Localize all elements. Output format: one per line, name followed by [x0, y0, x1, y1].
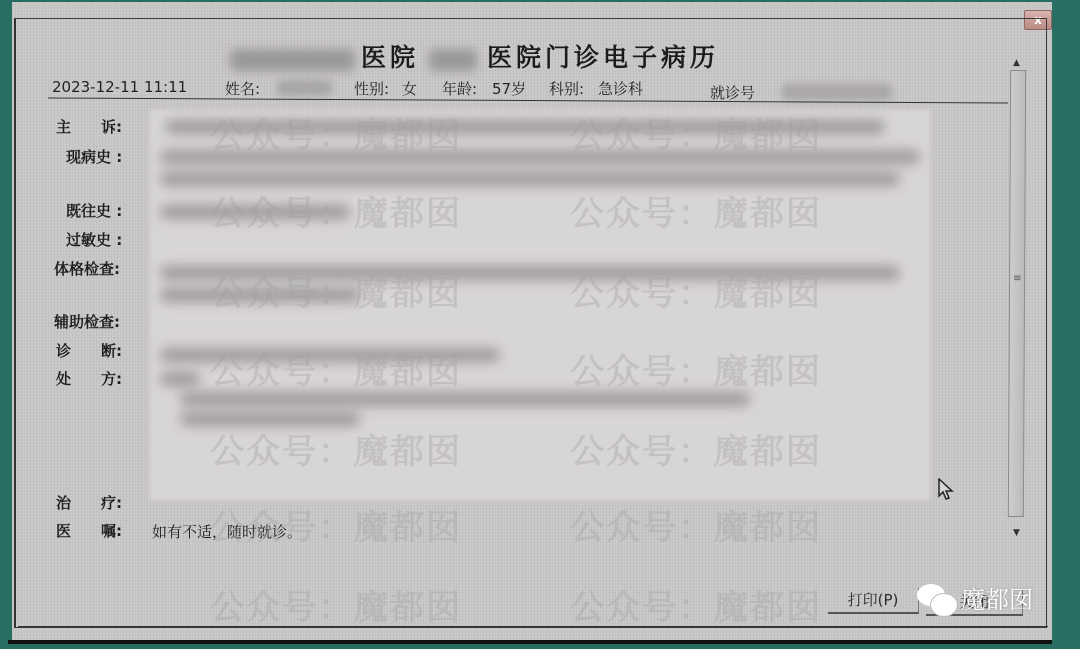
- window-bottom-edge: [18, 626, 1048, 627]
- department-value: 急诊科: [598, 78, 643, 99]
- gender-label: 性别:: [354, 78, 389, 99]
- wechat-account-name: 魔都囡: [961, 586, 1033, 614]
- redacted-line: [160, 348, 500, 362]
- label-treatment: 治 疗:: [56, 492, 122, 513]
- visit-datetime: 2023-12-11 11:11: [52, 78, 187, 96]
- redacted-hospital-name: [230, 49, 355, 71]
- scroll-thumb[interactable]: ≡: [1008, 70, 1026, 517]
- label-allergy-history: 过敏史 :: [66, 229, 122, 250]
- title-record-type: 医院门诊电子病历: [487, 43, 719, 72]
- label-prescription: 处 方:: [56, 368, 122, 389]
- redacted-line: [160, 372, 200, 386]
- window-close-button[interactable]: x: [1024, 10, 1052, 30]
- age-label: 年龄:: [442, 78, 477, 99]
- scroll-down-arrow-icon[interactable]: ▼: [1013, 528, 1020, 538]
- vertical-scrollbar[interactable]: ▲ ≡ ▼: [1003, 58, 1031, 538]
- label-chief-complaint: 主 诉:: [56, 116, 122, 137]
- grip-icon: ≡: [1013, 276, 1021, 282]
- redacted-line: [165, 120, 885, 134]
- label-medical-advice: 医 嘱:: [56, 520, 122, 541]
- wechat-watermark: 魔都囡: [917, 580, 1057, 620]
- scroll-up-arrow-icon[interactable]: ▲: [1013, 58, 1020, 68]
- record-title: 医院医院门诊电子病历: [230, 38, 790, 78]
- patient-header: 2023-12-11 11:11 姓名: 性别: 女 年龄: 57岁 科别: 急…: [52, 78, 1012, 100]
- visit-number-label: 就诊号: [710, 82, 755, 103]
- redacted-line: [160, 172, 900, 186]
- wechat-logo-icon: [917, 584, 961, 618]
- mouse-cursor-icon: [938, 478, 956, 502]
- name-label: 姓名:: [225, 78, 260, 99]
- department-label: 科别:: [549, 78, 584, 99]
- print-button[interactable]: 打印(P): [828, 588, 919, 614]
- label-present-history: 现病史 :: [66, 146, 122, 167]
- redacted-line: [160, 288, 360, 302]
- gender-value: 女: [402, 78, 417, 99]
- title-hospital: 医院: [361, 43, 419, 72]
- label-physical-exam: 体格检查:: [54, 258, 120, 279]
- age-value: 57岁: [492, 78, 526, 99]
- label-diagnosis: 诊 断:: [56, 340, 122, 361]
- medical-advice-value: 如有不适，随时就诊。: [152, 521, 302, 542]
- label-past-history: 既往史 :: [66, 200, 122, 221]
- redacted-line: [160, 150, 920, 164]
- redacted-line: [160, 205, 350, 219]
- redacted-line: [180, 392, 750, 406]
- redacted-line: [160, 266, 900, 280]
- redacted-record-content: [150, 110, 930, 500]
- redacted-line: [180, 412, 360, 426]
- label-auxiliary-exam: 辅助检查:: [54, 311, 120, 332]
- redacted-branch: [429, 49, 477, 71]
